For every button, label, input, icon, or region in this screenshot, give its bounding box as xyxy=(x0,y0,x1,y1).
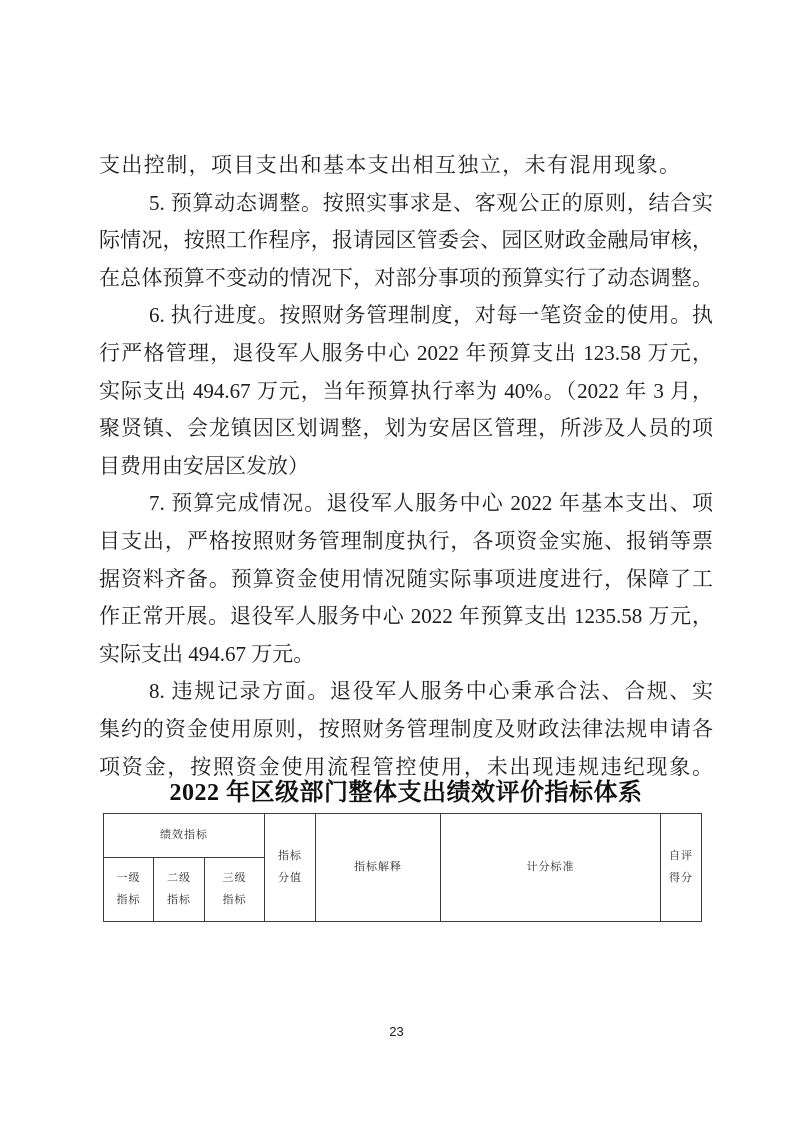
body-line: 据资料齐备。预算资金使用情况随实际事项进度进行，保障了工 xyxy=(99,561,713,599)
body-line: 8. 违规记录方面。退役军人服务中心秉承合法、合规、实效、 xyxy=(99,673,713,711)
body-line: 际情况，按照工作程序，报请园区管委会、园区财政金融局审核， xyxy=(99,222,713,260)
body-line: 目费用由安居区发放） xyxy=(99,448,713,486)
body-line: 7. 预算完成情况。退役军人服务中心 2022 年基本支出、项 xyxy=(99,485,713,523)
header-cell-indicator-explanation: 指标解释 xyxy=(316,814,441,922)
header-cell-level2-indicator: 二级 指标 xyxy=(154,858,205,922)
body-line: 行严格管理，退役军人服务中心 2022 年预算支出 123.58 万元， xyxy=(99,335,713,373)
header-cell-level1-indicator: 一级 指标 xyxy=(104,858,154,922)
body-line: 实际支出 494.67 万元，当年预算执行率为 40%。（2022 年 3 月， xyxy=(99,373,713,411)
body-line: 6. 执行进度。按照财务管理制度，对每一笔资金的使用。执 xyxy=(99,297,713,335)
body-line: 支出控制，项目支出和基本支出相互独立，未有混用现象。 xyxy=(99,147,713,185)
body-line: 在总体预算不变动的情况下，对部分事项的预算实行了动态调整。 xyxy=(99,260,713,298)
table-title: 2022 年区级部门整体支出绩效评价指标体系 xyxy=(99,779,713,807)
header-cell-indicator-score: 指标 分值 xyxy=(265,814,316,922)
header-cell-self-score: 自评 得分 xyxy=(661,814,702,922)
evaluation-table: 绩效指标 指标 分值 指标解释 计分标准 自评 得分 一级 指标 二级 指标 三… xyxy=(103,813,702,922)
page-number: 23 xyxy=(0,1024,793,1039)
header-cell-scoring-standard: 计分标准 xyxy=(441,814,661,922)
body-line: 实际支出 494.67 万元。 xyxy=(99,636,713,674)
body-line: 5. 预算动态调整。按照实事求是、客观公正的原则，结合实 xyxy=(99,185,713,223)
body-text-block: 支出控制，项目支出和基本支出相互独立，未有混用现象。 5. 预算动态调整。按照实… xyxy=(99,147,713,786)
header-cell-level3-indicator: 三级 指标 xyxy=(205,858,265,922)
body-line: 集约的资金使用原则，按照财务管理制度及财政法律法规申请各 xyxy=(99,711,713,749)
body-line: 目支出，严格按照财务管理制度执行，各项资金实施、报销等票 xyxy=(99,523,713,561)
header-cell-performance-indicator: 绩效指标 xyxy=(104,814,265,858)
body-line: 作正常开展。退役军人服务中心 2022 年预算支出 1235.58 万元， xyxy=(99,598,713,636)
body-line: 聚贤镇、会龙镇因区划调整，划为安居区管理，所涉及人员的项 xyxy=(99,410,713,448)
document-page: 支出控制，项目支出和基本支出相互独立，未有混用现象。 5. 预算动态调整。按照实… xyxy=(0,0,793,1122)
